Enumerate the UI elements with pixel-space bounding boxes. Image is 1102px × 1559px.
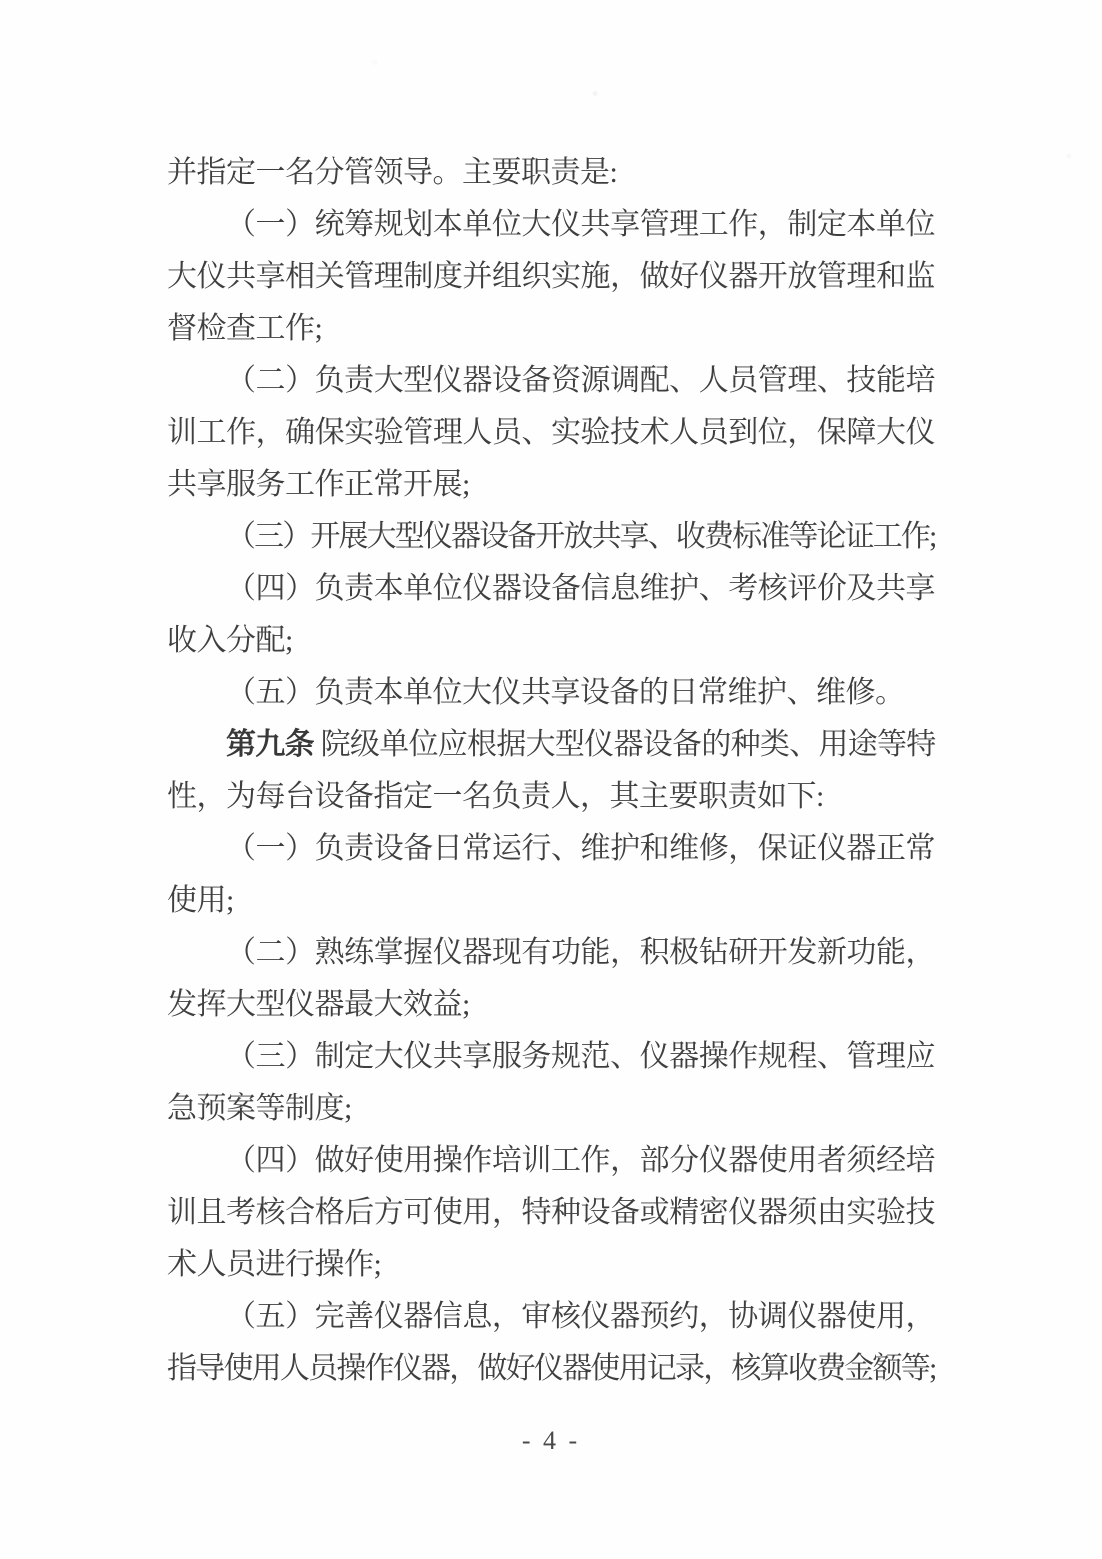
text-line: 指导使用人员操作仪器，做好仪器使用记录，核算收费金额等; <box>167 1343 935 1395</box>
text-line: （一）统筹规划本单位大仪共享管理工作，制定本单位 <box>167 199 935 251</box>
page-number: - 4 - <box>0 1424 1102 1458</box>
text-line: （五）完善仪器信息，审核仪器预约，协调仪器使用， <box>167 1291 935 1343</box>
text-line: 训工作，确保实验管理人员、实验技术人员到位，保障大仪 <box>167 407 935 459</box>
text-line: （一）负责设备日常运行、维护和维修，保证仪器正常 <box>167 823 935 875</box>
text-line: 性，为每台设备指定一名负责人，其主要职责如下: <box>167 771 935 823</box>
text-line: （四）做好使用操作培训工作，部分仪器使用者须经培 <box>167 1135 935 1187</box>
article-number-bold: 第九条 <box>226 728 314 761</box>
document-page: 并指定一名分管领导。主要职责是: （一）统筹规划本单位大仪共享管理工作，制定本单… <box>0 0 1102 1559</box>
text-line: （二）熟练掌握仪器现有功能，积极钻研开发新功能， <box>167 927 935 979</box>
text-line: 督检查工作; <box>167 303 935 355</box>
text-line: 急预案等制度; <box>167 1083 935 1135</box>
text-line: 使用; <box>167 875 935 927</box>
text-line: 大仪共享相关管理制度并组织实施，做好仪器开放管理和监 <box>167 251 935 303</box>
text-line: 并指定一名分管领导。主要职责是: <box>167 147 935 199</box>
text-line: （二）负责大型仪器设备资源调配、人员管理、技能培 <box>167 355 935 407</box>
text-line: 收入分配; <box>167 615 935 667</box>
document-body-text: 并指定一名分管领导。主要职责是: （一）统筹规划本单位大仪共享管理工作，制定本单… <box>167 147 935 1395</box>
text-line: （三）制定大仪共享服务规范、仪器操作规程、管理应 <box>167 1031 935 1083</box>
text-line: （三）开展大型仪器设备开放共享、收费标准等论证工作; <box>167 511 935 563</box>
article-heading-text: 院级单位应根据大型仪器设备的种类、用途等特 <box>314 728 935 761</box>
text-line: 训且考核合格后方可使用，特种设备或精密仪器须由实验技 <box>167 1187 935 1239</box>
text-line: 共享服务工作正常开展; <box>167 459 935 511</box>
text-line: （四）负责本单位仪器设备信息维护、考核评价及共享 <box>167 563 935 615</box>
text-line: （五）负责本单位大仪共享设备的日常维护、维修。 <box>167 667 935 719</box>
text-line: 术人员进行操作; <box>167 1239 935 1291</box>
text-line-article-heading: 第九条 院级单位应根据大型仪器设备的种类、用途等特 <box>167 719 935 771</box>
text-line: 发挥大型仪器最大效益; <box>167 979 935 1031</box>
